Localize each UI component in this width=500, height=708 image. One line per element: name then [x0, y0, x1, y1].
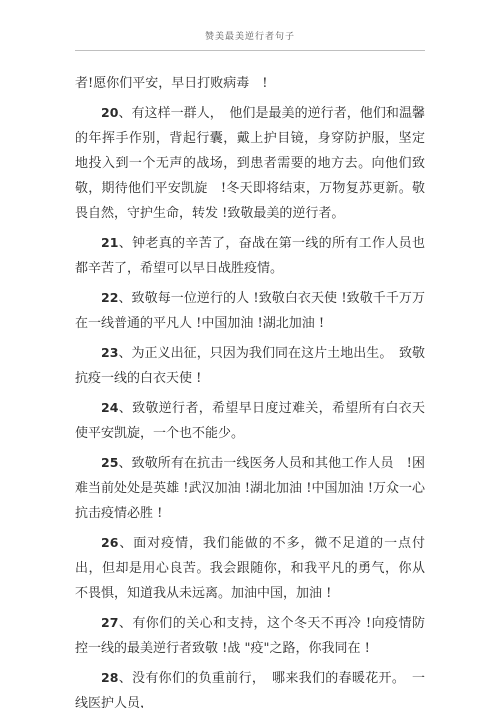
document-body: 者!愿你们平安，早日打败病毒 ! 20、有这样一群人， 他们是最美的逆行者，他们… — [0, 51, 500, 708]
paragraph-number: 23 — [101, 345, 118, 360]
paragraph-21: 21、钟老真的辛苦了，奋战在第一线的所有工作人员也都辛苦了，希望可以早日战胜疫情… — [75, 230, 425, 281]
paragraph-26: 26、面对疫情，我们能做的不多，微不足道的一点付出，但却是用心良苦。我会跟随你，… — [75, 530, 425, 606]
paragraph-24: 24、致敬逆行者，希望早日度过难关，希望所有白衣天使平安凯旋，一个也不能少。 — [75, 395, 425, 446]
paragraph-number: 26 — [101, 535, 118, 550]
paragraph-text: 、致敬每一位逆行的人 !致敬白衣天使 !致敬千千万万在一线普通的平凡人 !中国加… — [75, 291, 425, 331]
paragraph-23: 23、为正义出征，只因为我们同在这片土地出生。 致敬抗疫一线的白衣天使 ! — [75, 340, 425, 391]
paragraph-text: 、致敬逆行者，希望早日度过难关，希望所有白衣天使平安凯旋，一个也不能少。 — [75, 401, 425, 441]
paragraph-20: 20、有这样一群人， 他们是最美的逆行者，他们和温馨的年挥手作别，背起行囊，戴上… — [75, 100, 425, 226]
page-header: 赞美最美逆行者句子 — [0, 0, 500, 51]
paragraph-text: 、面对疫情，我们能做的不多，微不足道的一点付出，但却是用心良苦。我会跟随你，和我… — [75, 536, 425, 601]
header-title: 赞美最美逆行者句子 — [205, 32, 295, 42]
paragraph-text: 、有这样一群人， 他们是最美的逆行者，他们和温馨的年挥手作别，背起行囊，戴上护目… — [75, 106, 425, 221]
paragraph-intro: 者!愿你们平安，早日打败病毒 ! — [75, 71, 425, 96]
paragraph-number: 25 — [101, 455, 118, 470]
paragraph-text: 、为正义出征，只因为我们同在这片土地出生。 致敬抗疫一线的白衣天使 ! — [75, 346, 425, 386]
paragraph-number: 21 — [101, 235, 118, 250]
paragraph-number: 28 — [101, 670, 118, 685]
document-page: 赞美最美逆行者句子 者!愿你们平安，早日打败病毒 ! 20、有这样一群人， 他们… — [0, 0, 500, 708]
paragraph-number: 24 — [101, 400, 118, 415]
paragraph-number: 27 — [101, 615, 118, 630]
paragraph-text: 、有你们的关心和支持，这个冬天不再冷 !向疫情防控一线的最美逆行者致敬 !战 "… — [75, 616, 425, 656]
paragraph-number: 22 — [101, 290, 118, 305]
paragraph-number: 20 — [101, 105, 118, 120]
paragraph-28: 28、没有你们的负重前行， 哪来我们的春暖花开。 一线医护人员， — [75, 665, 425, 708]
paragraph-27: 27、有你们的关心和支持，这个冬天不再冷 !向疫情防控一线的最美逆行者致敬 !战… — [75, 610, 425, 661]
paragraph-text: 、没有你们的负重前行， 哪来我们的春暖花开。 一线医护人员， — [75, 671, 425, 708]
paragraph-text: 者!愿你们平安，早日打败病毒 ! — [75, 76, 267, 91]
paragraph-text: 、钟老真的辛苦了，奋战在第一线的所有工作人员也都辛苦了，希望可以早日战胜疫情。 — [75, 236, 425, 276]
paragraph-25: 25、致敬所有在抗击一线医务人员和其他工作人员 !困难当前处处是英雄 !武汉加油… — [75, 450, 425, 526]
paragraph-22: 22、致敬每一位逆行的人 !致敬白衣天使 !致敬千千万万在一线普通的平凡人 !中… — [75, 285, 425, 336]
paragraph-text: 、致敬所有在抗击一线医务人员和其他工作人员 !困难当前处处是英雄 !武汉加油 !… — [75, 456, 425, 521]
